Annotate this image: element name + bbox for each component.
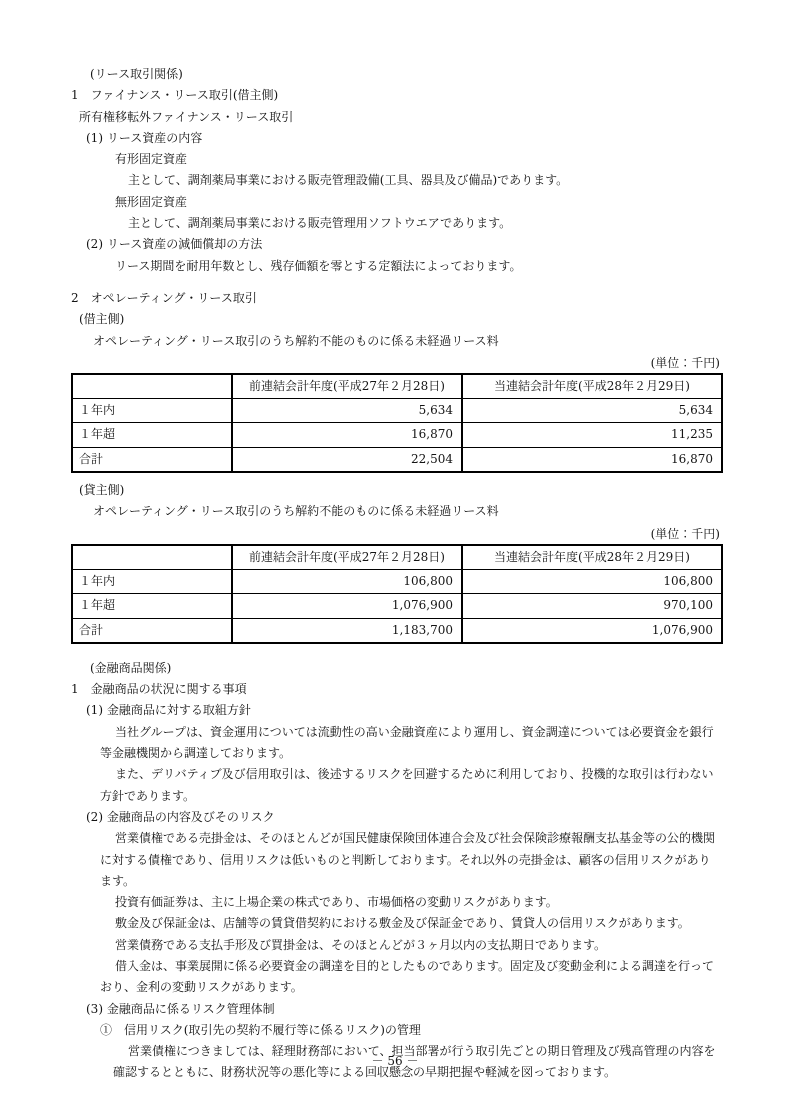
row-label: 合計	[72, 618, 232, 643]
risk-paragraph-line: 敷金及び保証金は、店舗等の賃貸借契約における敷金及び保証金であり、賃貸人の信用リ…	[115, 913, 721, 934]
table-row: １年内 5,634 5,634	[72, 399, 722, 423]
prev-period-header: 前連結会計年度(平成27年２月28日)	[232, 545, 462, 570]
prev-value: 5,634	[232, 399, 462, 423]
risk-item-title: (2) 金融商品の内容及びそのリスク	[86, 807, 721, 828]
unit-label-borrower: (単位：千円)	[71, 355, 721, 371]
curr-period-header: 当連結会計年度(平成28年２月29日)	[462, 545, 722, 570]
prev-value: 1,183,700	[232, 618, 462, 643]
finance-lease-subtitle: 所有権移転外ファイナンス・リース取引	[79, 107, 721, 128]
row-label: １年内	[72, 569, 232, 593]
row-label: 合計	[72, 447, 232, 472]
risk-paragraph-line: 営業債務である支払手形及び買掛金は、そのほとんどが３ヶ月以内の支払期日であります…	[115, 935, 721, 956]
curr-value: 11,235	[462, 423, 722, 447]
risk-paragraph-line: ます。	[100, 871, 721, 892]
operating-lease-lessor-table: 前連結会計年度(平成27年２月28日) 当連結会計年度(平成28年２月29日) …	[71, 544, 723, 644]
table-row: １年超 16,870 11,235	[72, 423, 722, 447]
tangible-assets-description: 主として、調剤薬局事業における販売管理設備(工具、器具及び備品)であります。	[128, 170, 721, 191]
risk-paragraph-line: 借入金は、事業展開に係る必要資金の調達を目的としたものであります。固定及び変動金…	[115, 956, 721, 977]
prev-value: 106,800	[232, 569, 462, 593]
document-body: (リース取引関係) 1 ファイナンス・リース取引(借主側) 所有権移転外ファイナ…	[71, 64, 721, 1084]
finance-lease-title: 1 ファイナンス・リース取引(借主側)	[71, 85, 721, 106]
corner-cell	[72, 374, 232, 399]
risk-paragraph-line: おり、金利の変動リスクがあります。	[100, 977, 721, 998]
lessor-side-label: (貸主側)	[79, 480, 721, 501]
prev-value: 1,076,900	[232, 594, 462, 618]
table-row: １年超 1,076,900 970,100	[72, 594, 722, 618]
tangible-assets-label: 有形固定資産	[115, 149, 721, 170]
curr-period-header: 当連結会計年度(平成28年２月29日)	[462, 374, 722, 399]
table-row: 合計 22,504 16,870	[72, 447, 722, 472]
lessor-table-caption: オペレーティング・リース取引のうち解約不能のものに係る未経過リース料	[93, 501, 721, 522]
risk-management-item-title: (3) 金融商品に係るリスク管理体制	[86, 999, 721, 1020]
operating-lease-borrower-table: 前連結会計年度(平成27年２月28日) 当連結会計年度(平成28年２月29日) …	[71, 373, 723, 473]
curr-value: 106,800	[462, 569, 722, 593]
intangible-assets-label: 無形固定資産	[115, 192, 721, 213]
table-header-row: 前連結会計年度(平成27年２月28日) 当連結会計年度(平成28年２月29日)	[72, 374, 722, 399]
policy-paragraph-line: 方針であります。	[100, 786, 721, 807]
prev-period-header: 前連結会計年度(平成27年２月28日)	[232, 374, 462, 399]
risk-paragraph-line: に対する債権であり、信用リスクは低いものと判断しております。それ以外の売掛金は、…	[100, 850, 721, 871]
document-page: (リース取引関係) 1 ファイナンス・リース取引(借主側) 所有権移転外ファイナ…	[0, 0, 790, 1118]
prev-value: 22,504	[232, 447, 462, 472]
lease-section-heading: (リース取引関係)	[90, 64, 721, 85]
table-header-row: 前連結会計年度(平成27年２月28日) 当連結会計年度(平成28年２月29日)	[72, 545, 722, 570]
depreciation-item-title: (2) リース資産の減価償却の方法	[86, 234, 721, 255]
policy-paragraph-line: また、デリバティブ及び信用取引は、後述するリスクを回避するために利用しており、投…	[115, 764, 721, 785]
operating-lease-title: 2 オペレーティング・リース取引	[71, 288, 721, 309]
financial-section-heading: (金融商品関係)	[90, 658, 721, 679]
row-label: １年超	[72, 423, 232, 447]
borrower-table-caption: オペレーティング・リース取引のうち解約不能のものに係る未経過リース料	[93, 331, 721, 352]
page-number: － 56 －	[0, 1052, 790, 1069]
financial-status-title: 1 金融商品の状況に関する事項	[71, 679, 721, 700]
policy-paragraph-line: 等金融機関から調達しております。	[100, 743, 721, 764]
corner-cell	[72, 545, 232, 570]
prev-value: 16,870	[232, 423, 462, 447]
intangible-assets-description: 主として、調剤薬局事業における販売管理用ソフトウエアであります。	[128, 213, 721, 234]
risk-paragraph-line: 投資有価証券は、主に上場企業の株式であり、市場価格の変動リスクがあります。	[115, 892, 721, 913]
row-label: １年超	[72, 594, 232, 618]
curr-value: 970,100	[462, 594, 722, 618]
policy-paragraph-line: 当社グループは、資金運用については流動性の高い金融資産により運用し、資金調達につ…	[115, 722, 721, 743]
unit-label-lessor: (単位：千円)	[71, 526, 721, 542]
credit-risk-subitem-title: ① 信用リスク(取引先の契約不履行等に係るリスク)の管理	[100, 1020, 721, 1041]
lease-assets-item-title: (1) リース資産の内容	[86, 128, 721, 149]
table-row: １年内 106,800 106,800	[72, 569, 722, 593]
curr-value: 5,634	[462, 399, 722, 423]
curr-value: 16,870	[462, 447, 722, 472]
depreciation-description: リース期間を耐用年数とし、残存価額を零とする定額法によっております。	[115, 256, 721, 277]
table-row: 合計 1,183,700 1,076,900	[72, 618, 722, 643]
curr-value: 1,076,900	[462, 618, 722, 643]
policy-item-title: (1) 金融商品に対する取組方針	[86, 700, 721, 721]
borrower-side-label: (借主側)	[79, 309, 721, 330]
risk-paragraph-line: 営業債権である売掛金は、そのほとんどが国民健康保険団体連合会及び社会保険診療報酬…	[115, 828, 721, 849]
row-label: １年内	[72, 399, 232, 423]
